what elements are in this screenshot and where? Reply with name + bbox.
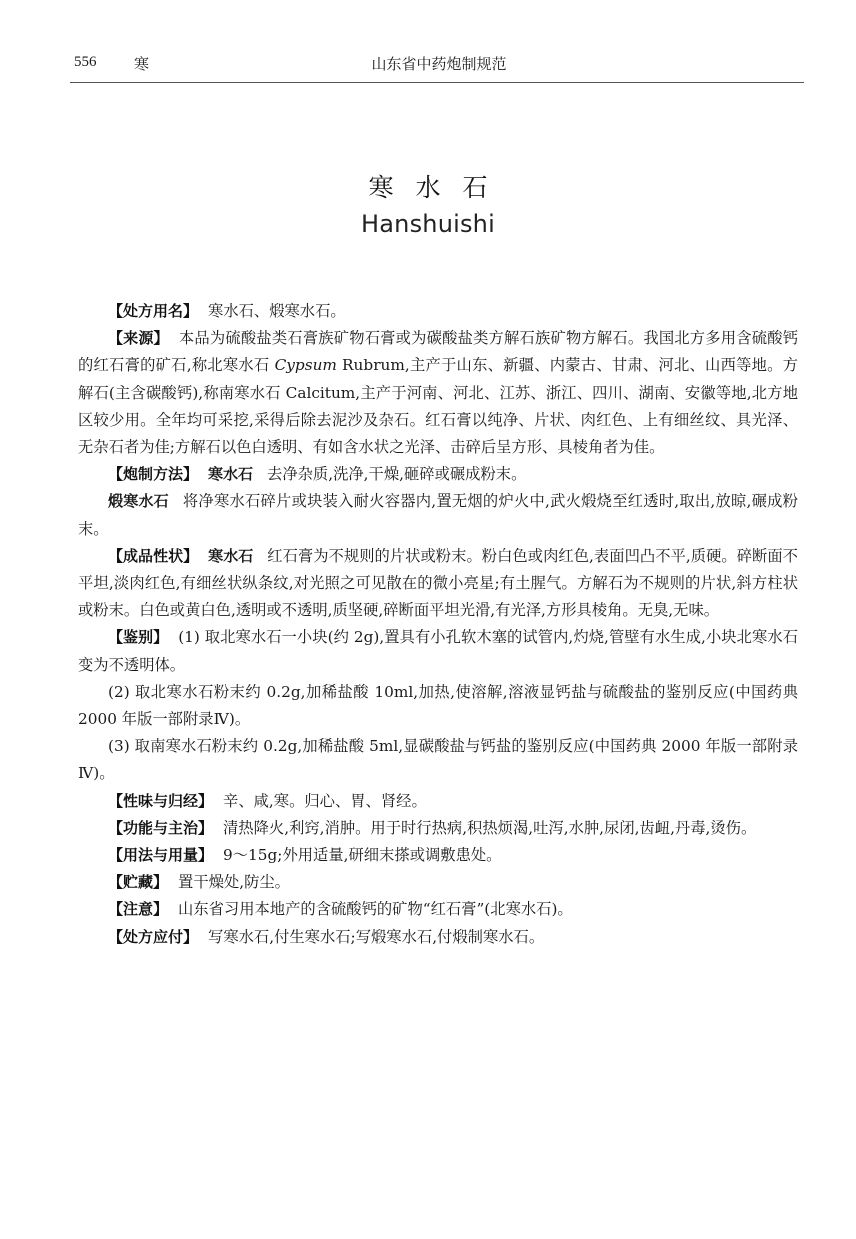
section-label: 【鉴别】 — [108, 628, 168, 646]
section-text: 写寒水石,付生寒水石;写煅寒水石,付煅制寒水石。 — [208, 928, 544, 946]
section-label: 【功能与主治】 — [108, 819, 213, 837]
section-label: 【成品性状】 — [108, 547, 198, 565]
section-text: 寒水石、煅寒水石。 — [208, 302, 346, 320]
section-text: 辛、咸,寒。归心、胃、肾经。 — [223, 792, 427, 810]
title-pinyin: Hanshuishi — [0, 210, 856, 238]
title-chinese: 寒水石 — [0, 168, 856, 204]
section-storage: 【贮藏】置干燥处,防尘。 — [78, 869, 798, 896]
section-label: 【性味与归经】 — [108, 792, 213, 810]
section-text: 清热降火,利窍,消肿。用于时行热病,积热烦渴,吐泻,水肿,尿闭,齿衄,丹毒,烫伤… — [223, 819, 756, 837]
section-text: 9～15g;外用适量,研细末搽或调敷患处。 — [223, 846, 501, 864]
item-name: 寒水石 — [208, 465, 253, 483]
latin-name: Cypsum — [275, 356, 337, 374]
section-notes: 【注意】山东省习用本地产的含硫酸钙的矿物“红石膏”(北寒水石)。 — [78, 896, 798, 923]
section-prescription-names: 【处方用名】寒水石、煅寒水石。 — [78, 298, 798, 325]
section-processing: 【炮制方法】寒水石去净杂质,洗净,干燥,砸碎或碾成粉末。 — [78, 461, 798, 488]
section-label: 【来源】 — [108, 329, 169, 347]
section-label: 【贮藏】 — [108, 873, 168, 891]
entry-title: 寒水石 Hanshuishi — [0, 168, 856, 238]
section-characteristics: 【成品性状】寒水石红石膏为不规则的片状或粉末。粉白色或肉红色,表面凹凸不平,质硬… — [78, 543, 798, 625]
item-name: 寒水石 — [208, 547, 253, 565]
section-label: 【用法与用量】 — [108, 846, 213, 864]
section-text: 山东省习用本地产的含硫酸钙的矿物“红石膏”(北寒水石)。 — [178, 900, 573, 918]
item-text: 将净寒水石碎片或块装入耐火容器内,置无烟的炉火中,武火煅烧至红透时,取出,放晾,… — [78, 492, 798, 537]
section-functions: 【功能与主治】清热降火,利窍,消肿。用于时行热病,积热烦渴,吐泻,水肿,尿闭,齿… — [78, 815, 798, 842]
section-dispensing: 【处方应付】写寒水石,付生寒水石;写煅寒水石,付煅制寒水石。 — [78, 924, 798, 951]
identification-item: (2) 取北寒水石粉末约 0.2g,加稀盐酸 10ml,加热,使溶解,溶液显钙盐… — [78, 679, 798, 733]
item-name: 煅寒水石 — [108, 492, 169, 510]
identification-item-1: (1) 取北寒水石一小块(约 2g),置具有小孔软木塞的试管内,灼烧,管壁有水生… — [78, 628, 798, 673]
page-header: 556 寒 山东省中药炮制规范 — [74, 52, 804, 78]
section-label: 【炮制方法】 — [108, 465, 198, 483]
section-text: 置干燥处,防尘。 — [178, 873, 290, 891]
entry-body: 【处方用名】寒水石、煅寒水石。 【来源】本品为硫酸盐类石膏族矿物石膏或为碳酸盐类… — [78, 298, 798, 951]
section-identification: 【鉴别】(1) 取北寒水石一小块(约 2g),置具有小孔软木塞的试管内,灼烧,管… — [78, 624, 798, 678]
section-label: 【处方应付】 — [108, 928, 198, 946]
header-rule — [70, 82, 804, 83]
section-label: 【注意】 — [108, 900, 168, 918]
identification-item: (3) 取南寒水石粉末约 0.2g,加稀盐酸 5ml,显碳酸盐与钙盐的鉴别反应(… — [78, 733, 798, 787]
identification-item-3: (3) 取南寒水石粉末约 0.2g,加稀盐酸 5ml,显碳酸盐与钙盐的鉴别反应(… — [78, 737, 798, 782]
identification-item-2: (2) 取北寒水石粉末约 0.2g,加稀盐酸 10ml,加热,使溶解,溶液显钙盐… — [78, 683, 798, 728]
section-processing-calcined: 煅寒水石将净寒水石碎片或块装入耐火容器内,置无烟的炉火中,武火煅烧至红透时,取出… — [78, 488, 798, 542]
section-usage: 【用法与用量】9～15g;外用适量,研细末搽或调敷患处。 — [78, 842, 798, 869]
section-source: 【来源】本品为硫酸盐类石膏族矿物石膏或为碳酸盐类方解石族矿物方解石。我国北方多用… — [78, 325, 798, 461]
section-nature-meridian: 【性味与归经】辛、咸,寒。归心、胃、肾经。 — [78, 788, 798, 815]
running-title: 山东省中药炮制规范 — [74, 53, 804, 74]
item-text: 去净杂质,洗净,干燥,砸碎或碾成粉末。 — [267, 465, 526, 483]
section-label: 【处方用名】 — [108, 302, 198, 320]
